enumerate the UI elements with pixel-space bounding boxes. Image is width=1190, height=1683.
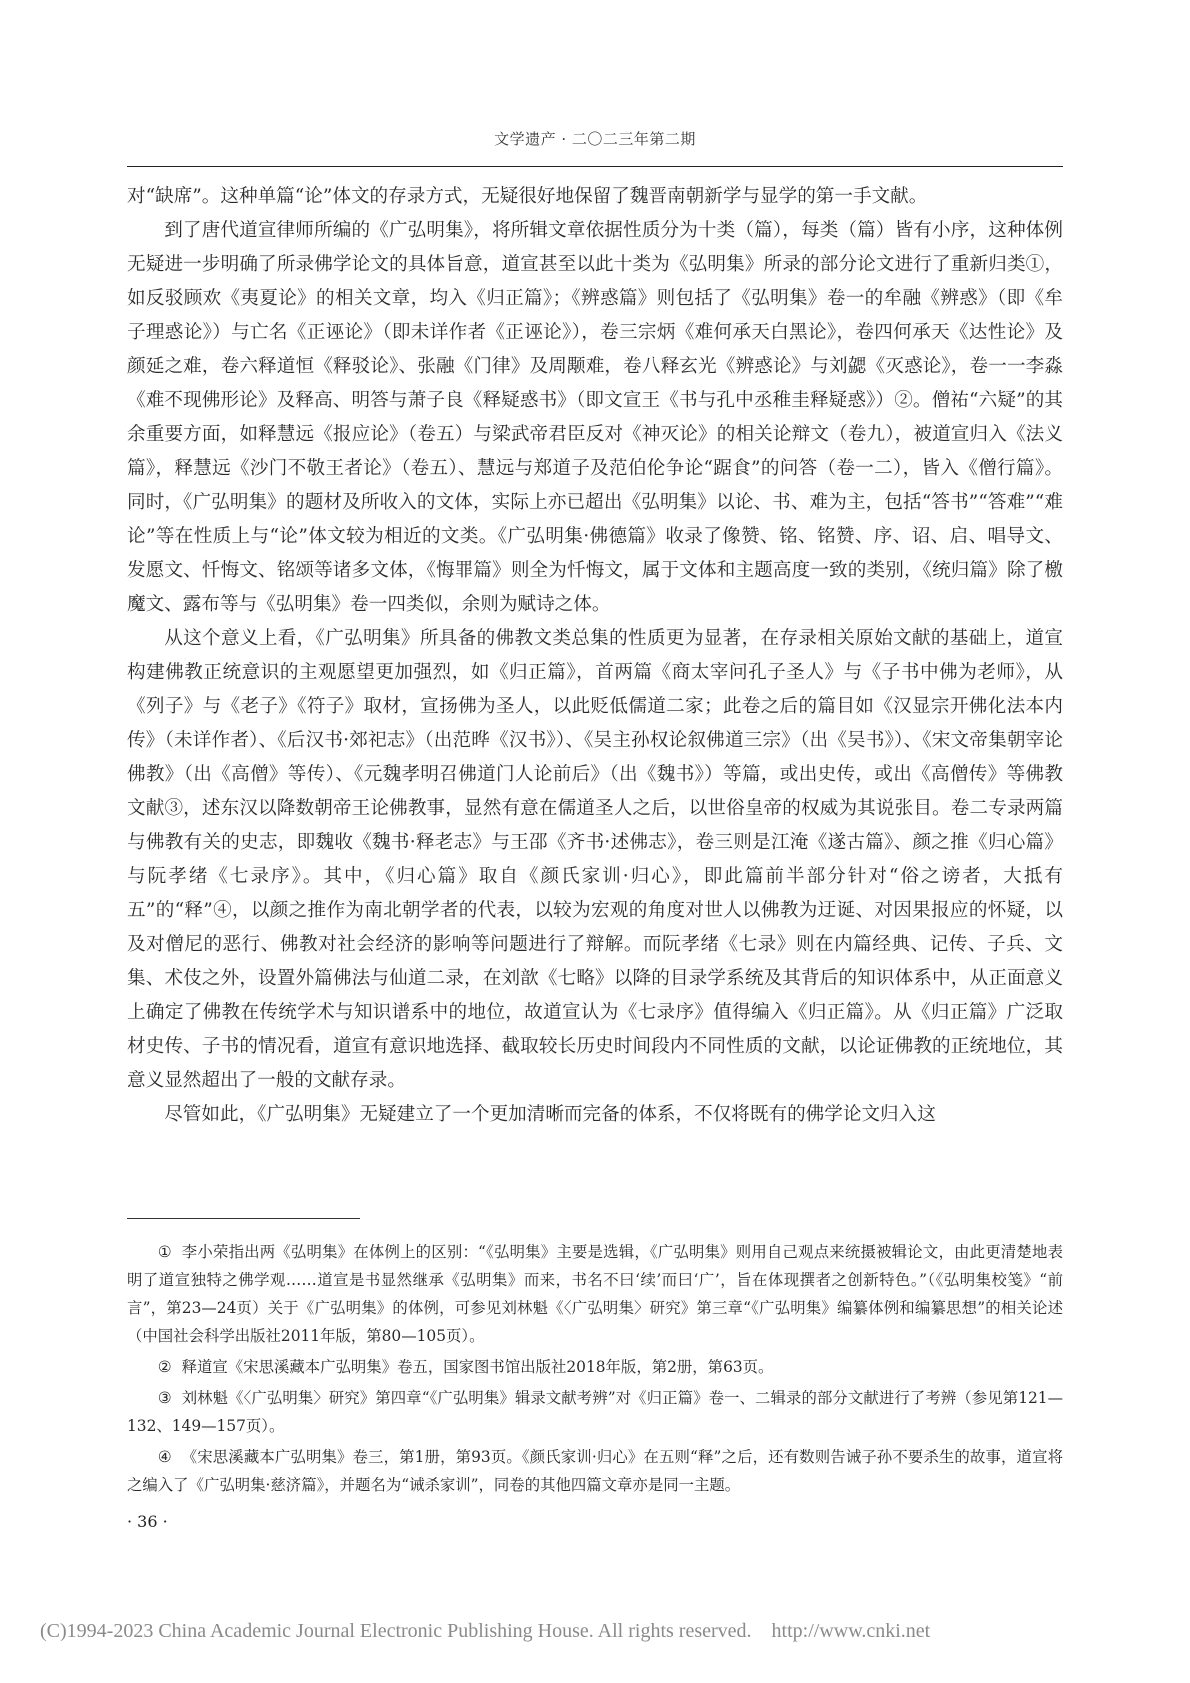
footnote-marker: ① [158,1243,172,1261]
footnote-marker: ② [158,1358,172,1376]
footnotes: ①李小荣指出两《弘明集》在体例上的区别：“《弘明集》主要是选辑，《广弘明集》则用… [127,1238,1063,1502]
paragraph-3: 从这个意义上看，《广弘明集》所具备的佛教文类总集的性质更为显著，在存录相关原始文… [127,622,1063,1098]
footnote-marker: ④ [158,1448,172,1466]
footnote-text: 《宋思溪藏本广弘明集》卷三，第1册，第93页。《颜氏家训·归心》在五则“释”之后… [127,1448,1063,1494]
paragraph-2: 到了唐代道宣律师所编的《广弘明集》，将所辑文章依据性质分为十类（篇），每类（篇）… [127,214,1063,622]
footnote-text: 刘林魁《〈广弘明集〉研究》第四章“《广弘明集》辑录文献考辨”对《归正篇》卷一、二… [127,1389,1063,1435]
footnote-3: ③刘林魁《〈广弘明集〉研究》第四章“《广弘明集》辑录文献考辨”对《归正篇》卷一、… [127,1384,1063,1440]
copyright-notice: (C)1994-2023 China Academic Journal Elec… [40,1620,1190,1643]
footnote-text: 李小荣指出两《弘明集》在体例上的区别：“《弘明集》主要是选辑，《广弘明集》则用自… [127,1243,1063,1345]
footnote-text: 释道宣《宋思溪藏本广弘明集》卷五，国家图书馆出版社2018年版，第2册，第63页… [182,1358,774,1376]
paragraph-4: 尽管如此，《广弘明集》无疑建立了一个更加清晰而完备的体系，不仅将既有的佛学论文归… [127,1098,1063,1132]
page-number: · 36 · [127,1512,168,1531]
footnote-1: ①李小荣指出两《弘明集》在体例上的区别：“《弘明集》主要是选辑，《广弘明集》则用… [127,1238,1063,1350]
paragraph-1: 对“缺席”。这种单篇“论”体文的存录方式，无疑很好地保留了魏晋南朝新学与显学的第… [127,180,1063,214]
footnote-2: ②释道宣《宋思溪藏本广弘明集》卷五，国家图书馆出版社2018年版，第2册，第63… [127,1353,1063,1381]
footnote-divider [127,1218,360,1219]
main-body: 对“缺席”。这种单篇“论”体文的存录方式，无疑很好地保留了魏晋南朝新学与显学的第… [127,180,1063,1132]
header-divider [127,166,1063,167]
footnote-4: ④《宋思溪藏本广弘明集》卷三，第1册，第93页。《颜氏家训·归心》在五则“释”之… [127,1443,1063,1499]
running-header: 文学遗产 · 二〇二三年第二期 [127,128,1063,149]
footnote-marker: ③ [158,1389,172,1407]
